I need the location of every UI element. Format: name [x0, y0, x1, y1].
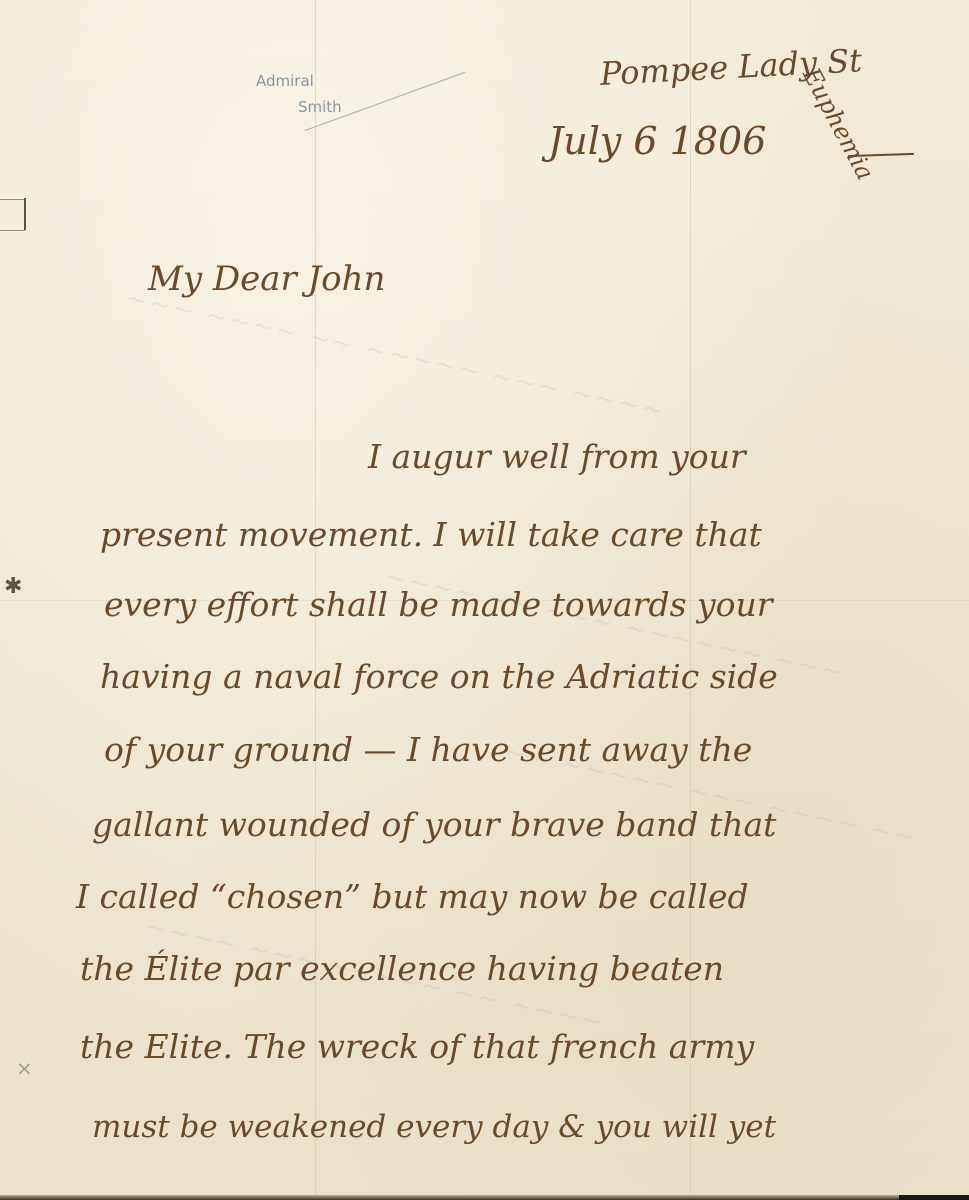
pencil-annotation-line2: Smith — [298, 98, 342, 116]
letter-place-continued: Euphemia — [799, 64, 878, 184]
letter-line: gallant wounded of your brave band that — [92, 808, 776, 841]
letter-line: I augur well from your — [368, 440, 746, 473]
letter-line: the Élite par excellence having beaten — [80, 952, 724, 985]
paper-bottom-edge — [0, 1195, 969, 1200]
salutation: My Dear John — [148, 262, 385, 296]
letter-line: having a naval force on the Adriatic sid… — [100, 660, 778, 693]
margin-cross-mark: × — [16, 1056, 33, 1080]
margin-bracket-mark — [0, 199, 25, 231]
letter-line: the Elite. The wreck of that french army — [80, 1030, 754, 1063]
letter-line: I called “chosen” but may now be called — [76, 880, 749, 913]
scan-background-corner — [899, 1195, 969, 1200]
letter-page: ~~~ ~~~~ ~~ ~~~~~ ~~~ ~~~~ ~~~~ ~~ ~~~ ~… — [0, 0, 969, 1196]
letter-line: of your ground — I have sent away the — [104, 733, 752, 766]
letter-date: July 6 1806 — [548, 122, 766, 160]
letter-line: present movement. I will take care that — [100, 518, 762, 551]
letter-line: every effort shall be made towards your — [104, 588, 773, 621]
letter-line: must be weakened every day & you will ye… — [92, 1112, 776, 1143]
margin-star-mark: ✱ — [4, 574, 22, 599]
pencil-annotation-line1: Admiral — [256, 72, 314, 90]
reverse-show-through: ~~~ ~~~~ ~~ ~~~~~ ~~~ ~~~~ — [123, 283, 668, 427]
